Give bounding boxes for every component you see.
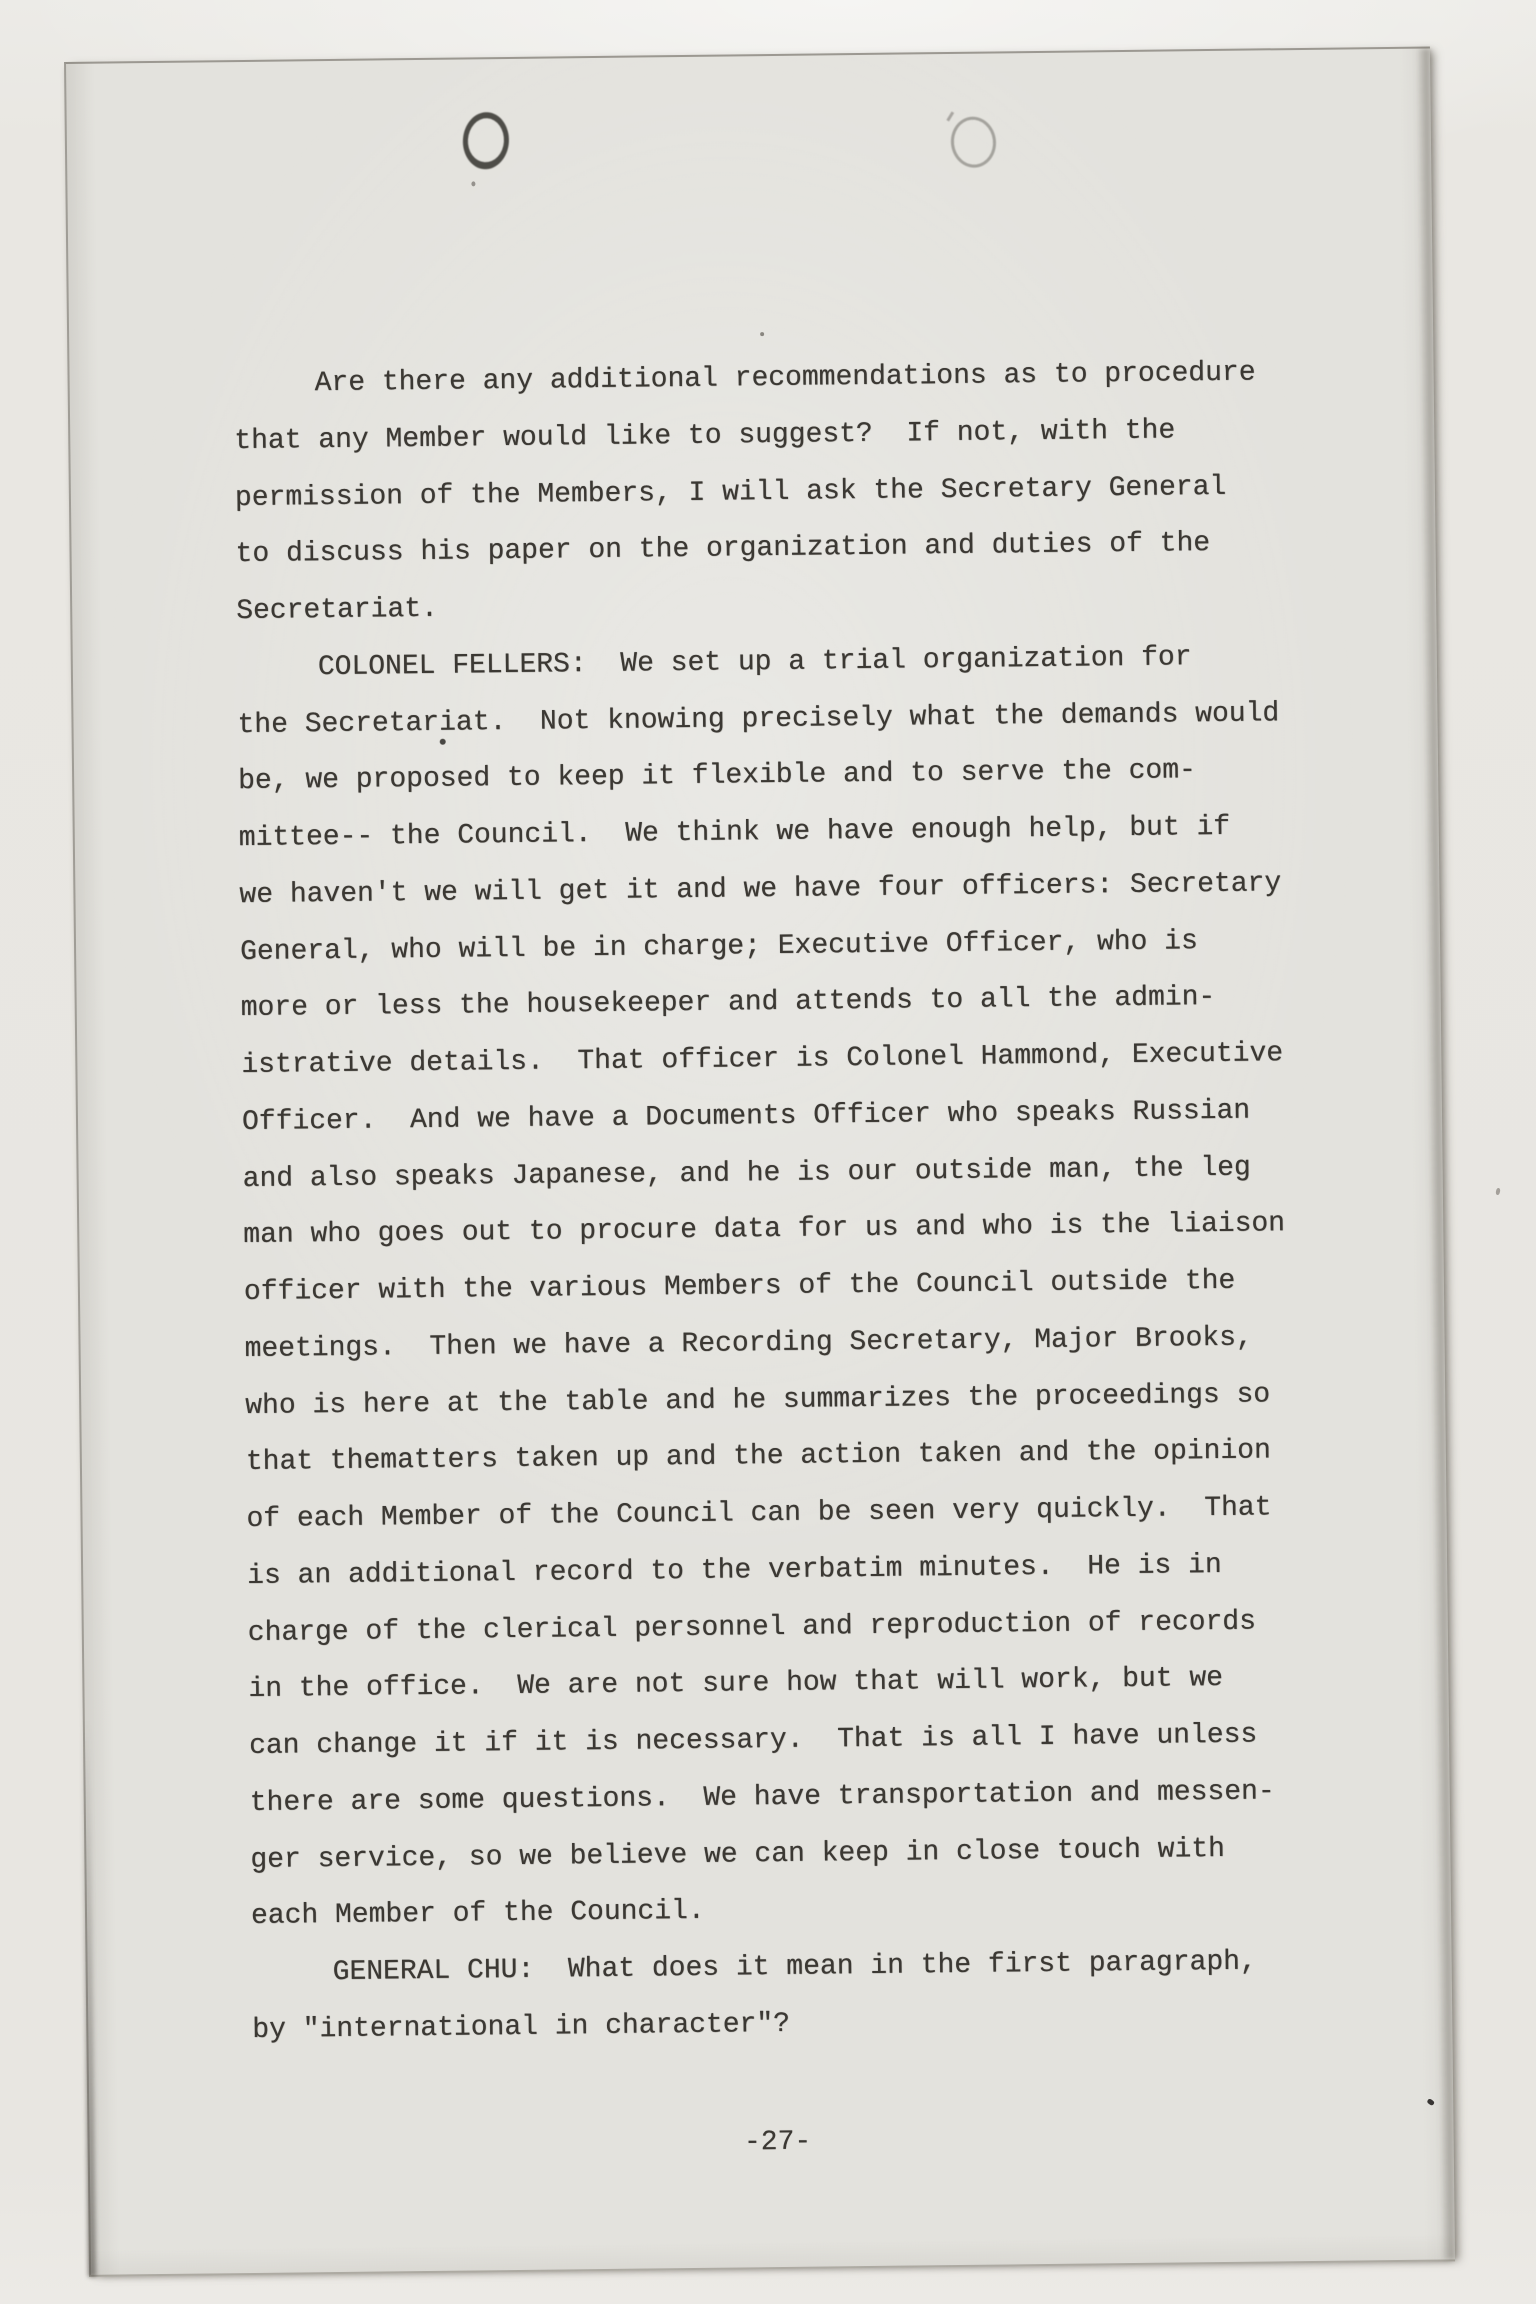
- scan-background: Are there any additional recommendations…: [0, 0, 1536, 2304]
- punch-hole-circle-right: [948, 114, 999, 170]
- scan-speck: [440, 739, 446, 745]
- punch-hole-circle-left: [461, 111, 510, 171]
- scan-speck: [1426, 2098, 1435, 2106]
- scan-speck: [760, 332, 764, 336]
- page-number: -27-: [253, 2109, 1302, 2178]
- scan-speck: [471, 181, 475, 186]
- typewritten-text-block: Are there any additional recommendations…: [233, 345, 1300, 2059]
- scan-speck: [332, 1283, 335, 1286]
- scan-speck: [1495, 1188, 1500, 1196]
- text-line: by "international in character"?: [252, 1991, 1301, 2060]
- document-page: Are there any additional recommendations…: [64, 47, 1455, 2277]
